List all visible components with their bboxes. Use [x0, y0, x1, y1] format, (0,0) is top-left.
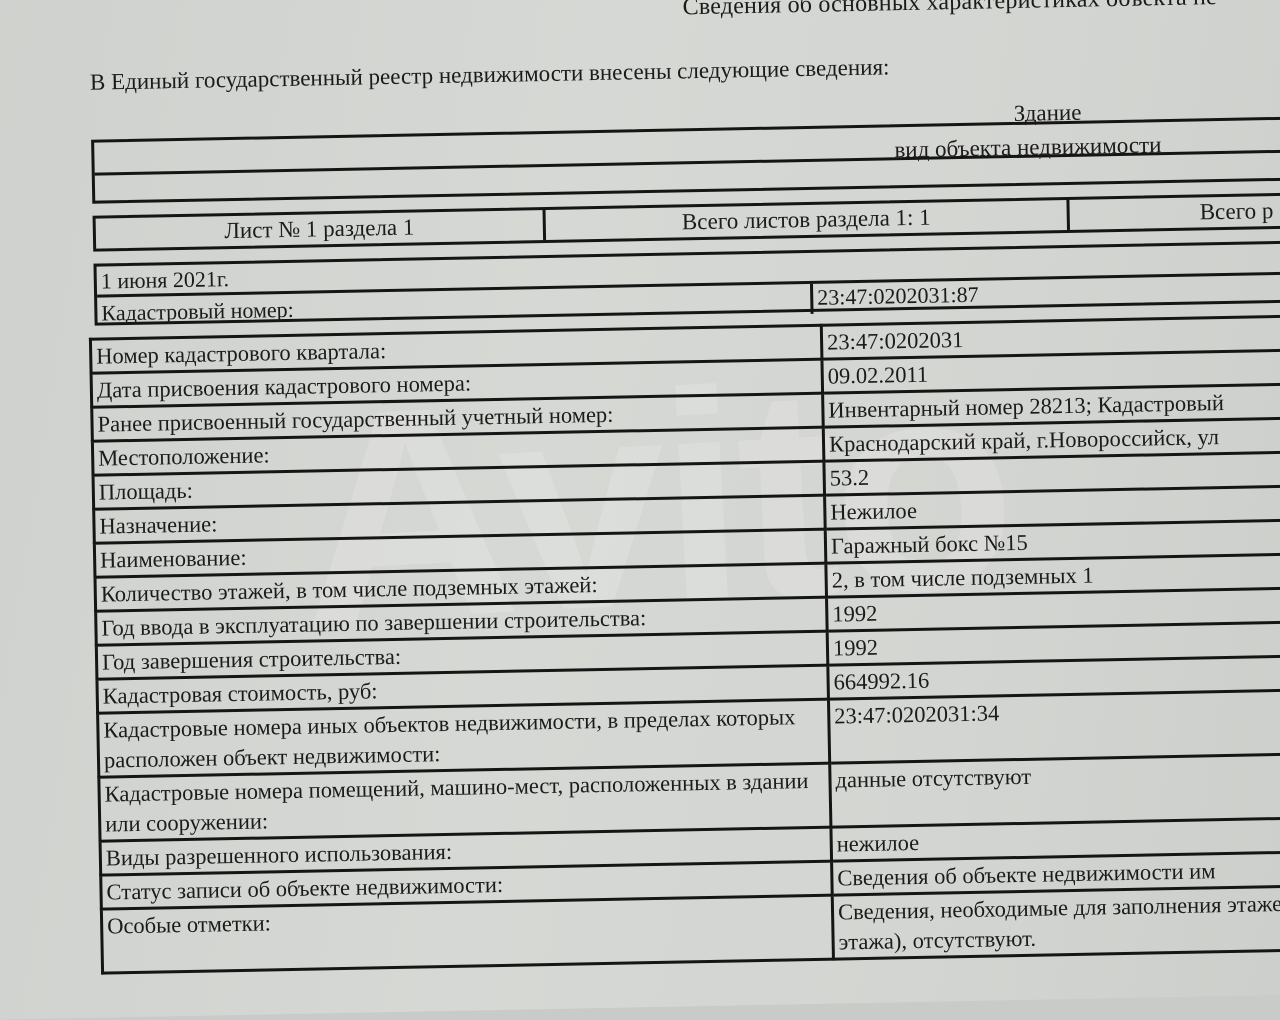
date-cadastral-box: 1 июня 2021г. Кадастровый номер: 23:47:0…: [93, 238, 1280, 325]
object-type-value: Здание: [1014, 100, 1082, 127]
row-value: данные отсутствуют: [830, 752, 1280, 827]
object-type-label: вид объекта недвижимости: [894, 132, 1161, 163]
document-page: Avito Сведения об основных характеристик…: [0, 0, 1280, 960]
document-title: Сведения об основных характеристиках объ…: [682, 0, 1217, 21]
intro-text: В Единый государственный реестр недвижим…: [90, 54, 890, 95]
cadastral-number-value: 23:47:0202031:87: [813, 272, 1280, 313]
total-sheets-section: Всего листов раздела 1: 1: [546, 200, 1070, 240]
row-value: Сведения, необходимые для заполнения эта…: [832, 884, 1280, 959]
document-date: 1 июня 2021г.: [101, 266, 230, 294]
characteristics-table: Номер кадастрового квартала:23:47:020203…: [89, 312, 1280, 960]
sheet-number: Лист № 1 раздела 1: [96, 210, 546, 249]
object-type-box: Здание вид объекта недвижимости: [91, 114, 1280, 203]
total-sheets: Всего р: [1069, 193, 1280, 230]
row-value: 23:47:0202031:34: [828, 688, 1280, 763]
